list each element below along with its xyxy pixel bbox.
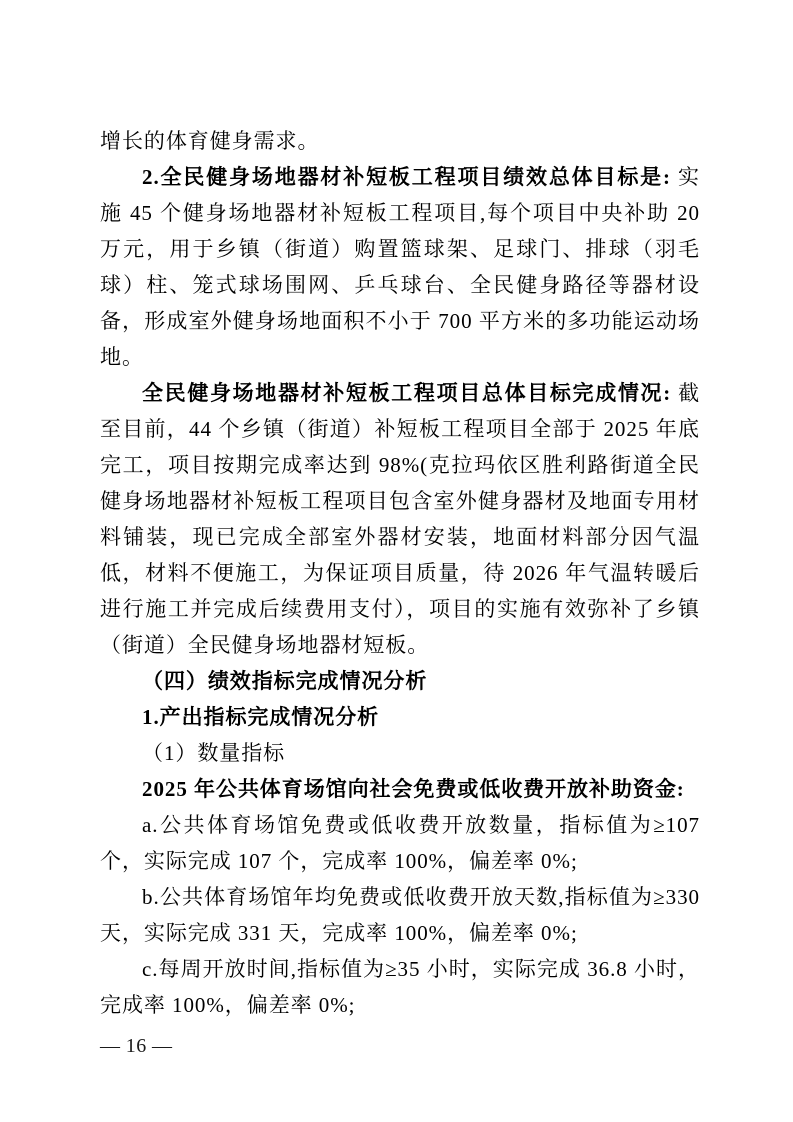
paragraph-project-goal: 2.全民健身场地器材补短板工程项目绩效总体目标是: 实施 45 个健身场地器材补… bbox=[100, 159, 700, 375]
heading-section-four: （四）绩效指标完成情况分析 bbox=[100, 663, 700, 699]
heading-quantity-indicator: （1）数量指标 bbox=[100, 735, 700, 771]
heading-text: （四）绩效指标完成情况分析 bbox=[142, 669, 427, 693]
heading-output-indicators: 1.产出指标完成情况分析 bbox=[100, 699, 700, 735]
paragraph-text: 增长的体育健身需求。 bbox=[100, 129, 319, 153]
paragraph-text: 截至目前，44 个乡镇（街道）补短板工程项目全部于 2025 年底完工，项目按期… bbox=[100, 381, 700, 657]
paragraph-continuation: 增长的体育健身需求。 bbox=[100, 123, 700, 159]
heading-subsidy-funds: 2025 年公共体育场馆向社会免费或低收费开放补助资金: bbox=[100, 771, 700, 807]
paragraph-text: （1）数量指标 bbox=[142, 741, 285, 765]
heading-text: 1.产出指标完成情况分析 bbox=[142, 705, 379, 729]
paragraph-lead: 2.全民健身场地器材补短板工程项目绩效总体目标是: bbox=[142, 165, 671, 189]
document-body: 增长的体育健身需求。 2.全民健身场地器材补短板工程项目绩效总体目标是: 实施 … bbox=[100, 123, 700, 1023]
paragraph-text: c.每周开放时间,指标值为≥35 小时，实际完成 36.8 小时，完成率 100… bbox=[100, 957, 700, 1017]
document-page: 增长的体育健身需求。 2.全民健身场地器材补短板工程项目绩效总体目标是: 实施 … bbox=[0, 0, 793, 1122]
page-number: — 16 — bbox=[100, 1032, 172, 1060]
paragraph-goal-completion: 全民健身场地器材补短板工程项目总体目标完成情况: 截至目前，44 个乡镇（街道）… bbox=[100, 375, 700, 663]
heading-text: 2025 年公共体育场馆向社会免费或低收费开放补助资金: bbox=[142, 777, 685, 801]
paragraph-text: 实施 45 个健身场地器材补短板工程项目,每个项目中央补助 20 万元，用于乡镇… bbox=[100, 165, 700, 369]
paragraph-indicator-b: b.公共体育场馆年均免费或低收费开放天数,指标值为≥330 天，实际完成 331… bbox=[100, 879, 700, 951]
paragraph-indicator-a: a.公共体育场馆免费或低收费开放数量，指标值为≥107 个，实际完成 107 个… bbox=[100, 807, 700, 879]
paragraph-text: a.公共体育场馆免费或低收费开放数量，指标值为≥107 个，实际完成 107 个… bbox=[100, 813, 700, 873]
paragraph-text: b.公共体育场馆年均免费或低收费开放天数,指标值为≥330 天，实际完成 331… bbox=[100, 885, 700, 945]
paragraph-indicator-c: c.每周开放时间,指标值为≥35 小时，实际完成 36.8 小时，完成率 100… bbox=[100, 951, 700, 1023]
paragraph-lead: 全民健身场地器材补短板工程项目总体目标完成情况: bbox=[142, 381, 671, 405]
page-number-text: — 16 — bbox=[100, 1035, 172, 1057]
